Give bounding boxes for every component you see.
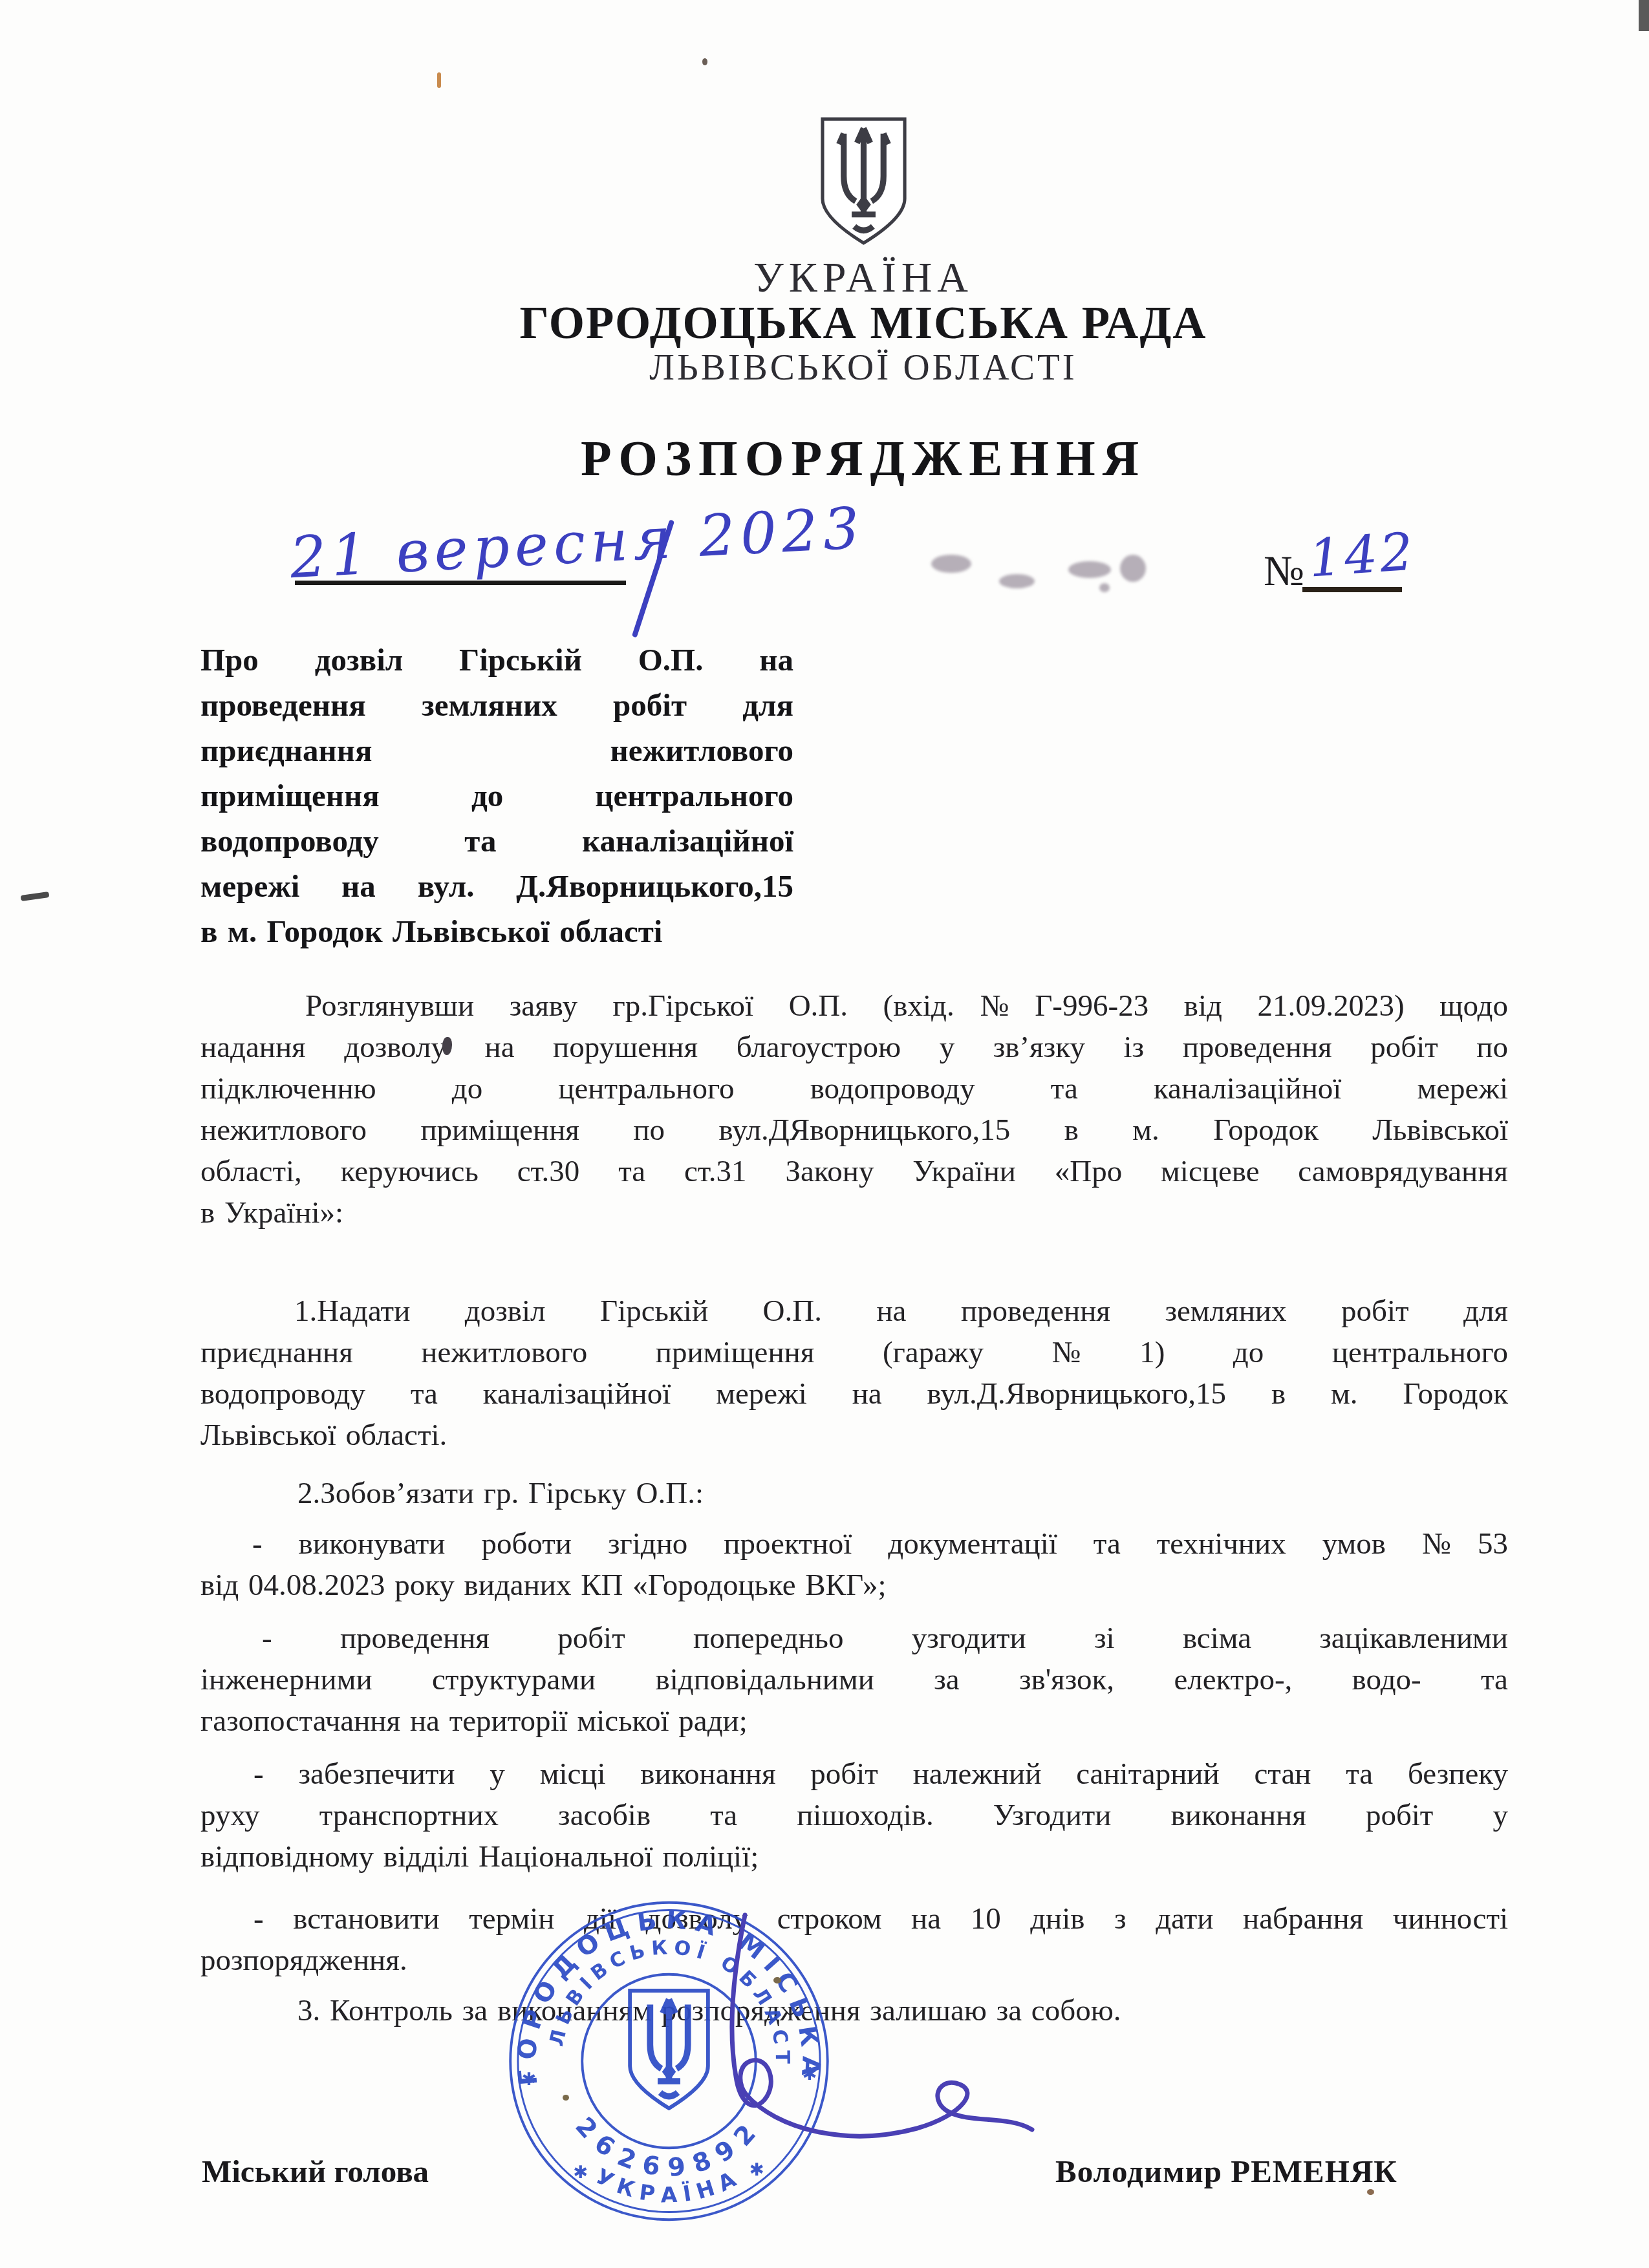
text-line: підключенню до центрального водопроводу … — [200, 1068, 1508, 1109]
text-line: - проведення робіт попередньо узгодити з… — [200, 1618, 1508, 1659]
text-line: - виконувати роботи згідно проектної док… — [200, 1523, 1508, 1565]
bullet-2-paragraph: - проведення робіт попередньо узгодити з… — [200, 1618, 1508, 1742]
header-organization: ГОРОДОЦЬКА МІСЬКА РАДА — [78, 297, 1649, 350]
date-underline — [295, 581, 626, 585]
ukraine-trident-emblem-icon — [817, 115, 911, 248]
text-line: відповідному відділі Національної поліці… — [200, 1836, 1508, 1878]
text-line: - забезпечити у місці виконання робіт на… — [200, 1753, 1508, 1795]
signer-name: Володимир РЕМЕНЯК — [1055, 2153, 1397, 2190]
text-line: приєднання нежитлового — [200, 728, 793, 773]
scan-smudge — [1120, 555, 1146, 582]
bullet-3-paragraph: - забезпечити у місці виконання робіт на… — [200, 1753, 1508, 1878]
text-line: в м. Городок Львівської області — [200, 909, 793, 954]
number-label: № — [1264, 547, 1304, 596]
text-line: області, керуючись ст.30 та ст.31 Закону… — [200, 1151, 1508, 1192]
document-type-title: РОЗПОРЯДЖЕННЯ — [78, 429, 1649, 487]
scan-speck — [702, 58, 707, 65]
text-line: руху транспортних засобів та пішоходів. … — [200, 1795, 1508, 1836]
scan-smudge — [1099, 583, 1110, 592]
signer-title: Міський голова — [202, 2153, 429, 2190]
scan-smudge — [1068, 561, 1111, 578]
scan-smudge — [999, 574, 1035, 588]
header-region: ЛЬВІВСЬКОЇ ОБЛАСТІ — [78, 347, 1649, 389]
header-country: УКРАЇНА — [78, 253, 1649, 303]
text-line: інженерними структурами відповідальними … — [200, 1659, 1508, 1700]
text-line: Розглянувши заяву гр.Гірської О.П. (вхід… — [200, 985, 1508, 1027]
stamp-star-icon: ✱ — [574, 2163, 588, 2183]
scan-speck — [1367, 2189, 1374, 2195]
stamp-star-icon: ✱ — [522, 2070, 537, 2090]
scan-speck — [773, 1977, 781, 1984]
text-line: водопроводу та каналізаційної — [200, 818, 793, 864]
text-line: Львівської області. — [200, 1415, 1508, 1456]
text-line: приєднання нежитлового приміщення (гараж… — [200, 1332, 1508, 1373]
bullet-1-paragraph: - виконувати роботи згідно проектної док… — [200, 1523, 1508, 1606]
text-line: приміщення до центрального — [200, 773, 793, 818]
text-line: від 04.08.2023 року виданих КП «Городоць… — [200, 1565, 1508, 1606]
item-2-paragraph: 2.Зобов’язати гр. Гірську О.П.: — [200, 1473, 1508, 1514]
number-handwritten: 142 — [1307, 521, 1417, 588]
scan-edge-artifact — [21, 892, 50, 901]
text-line: 1.Надати дозвіл Гірській О.П. на проведе… — [200, 1290, 1508, 1332]
text-line: надання дозволу на порушення благоустрою… — [200, 1027, 1508, 1068]
scan-edge-artifact — [1639, 0, 1649, 31]
scanned-decree-page: УКРАЇНА ГОРОДОЦЬКА МІСЬКА РАДА ЛЬВІВСЬКО… — [0, 0, 1649, 2268]
text-line: водопроводу та каналізаційної мережі на … — [200, 1373, 1508, 1415]
number-underline — [1302, 587, 1402, 592]
text-line: нежитлового приміщення по вул.ДЯворницьк… — [200, 1109, 1508, 1151]
mayor-signature — [673, 1888, 1073, 2172]
text-line: в Україні»: — [200, 1192, 1508, 1234]
text-line: проведення земляних робіт для — [200, 683, 793, 728]
subject-block: Про дозвіл Гірській О.П. напроведення зе… — [200, 637, 793, 954]
scan-speck — [563, 2095, 569, 2101]
scan-smudge — [931, 555, 971, 573]
text-line: 2.Зобов’язати гр. Гірську О.П.: — [200, 1473, 1508, 1514]
text-line: газопостачання на території міської ради… — [200, 1700, 1508, 1742]
item-1-paragraph: 1.Надати дозвіл Гірській О.П. на проведе… — [200, 1290, 1508, 1456]
scan-speck — [437, 72, 441, 88]
text-line: Про дозвіл Гірській О.П. на — [200, 637, 793, 683]
date-handwritten: 21 вересня 2023 — [288, 495, 866, 591]
preamble-paragraph: Розглянувши заяву гр.Гірської О.П. (вхід… — [200, 985, 1508, 1234]
text-line: мережі на вул. Д.Яворницького,15 — [200, 864, 793, 909]
